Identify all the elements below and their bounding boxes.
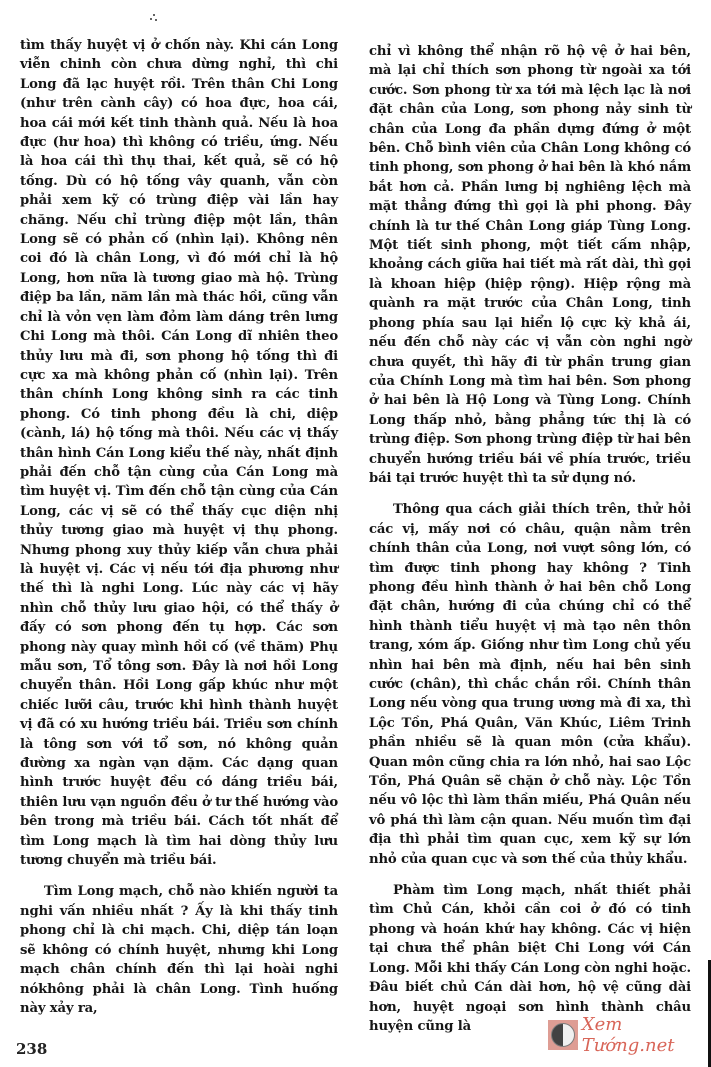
watermark-text: Xem Tướng.net <box>582 1014 711 1056</box>
paragraph: Tìm Long mạch, chỗ nào khiến người ta ng… <box>20 882 338 1018</box>
page-number: 238 <box>16 1040 47 1058</box>
scan-speck-mark <box>150 14 158 22</box>
paragraph: Thông qua cách giải thích trên, thử hỏi … <box>369 500 691 869</box>
right-text-column: chỉ vì không thể nhận rõ hộ vệ ở hai bên… <box>369 42 691 1048</box>
left-text-column: tìm thấy huyệt vị ở chốn này. Khi cán Lo… <box>20 36 338 1030</box>
paragraph: tìm thấy huyệt vị ở chốn này. Khi cán Lo… <box>20 36 338 870</box>
yin-yang-icon <box>548 1020 578 1050</box>
paragraph: chỉ vì không thể nhận rõ hộ vệ ở hai bên… <box>369 42 691 488</box>
watermark: Xem Tướng.net <box>548 1014 711 1056</box>
